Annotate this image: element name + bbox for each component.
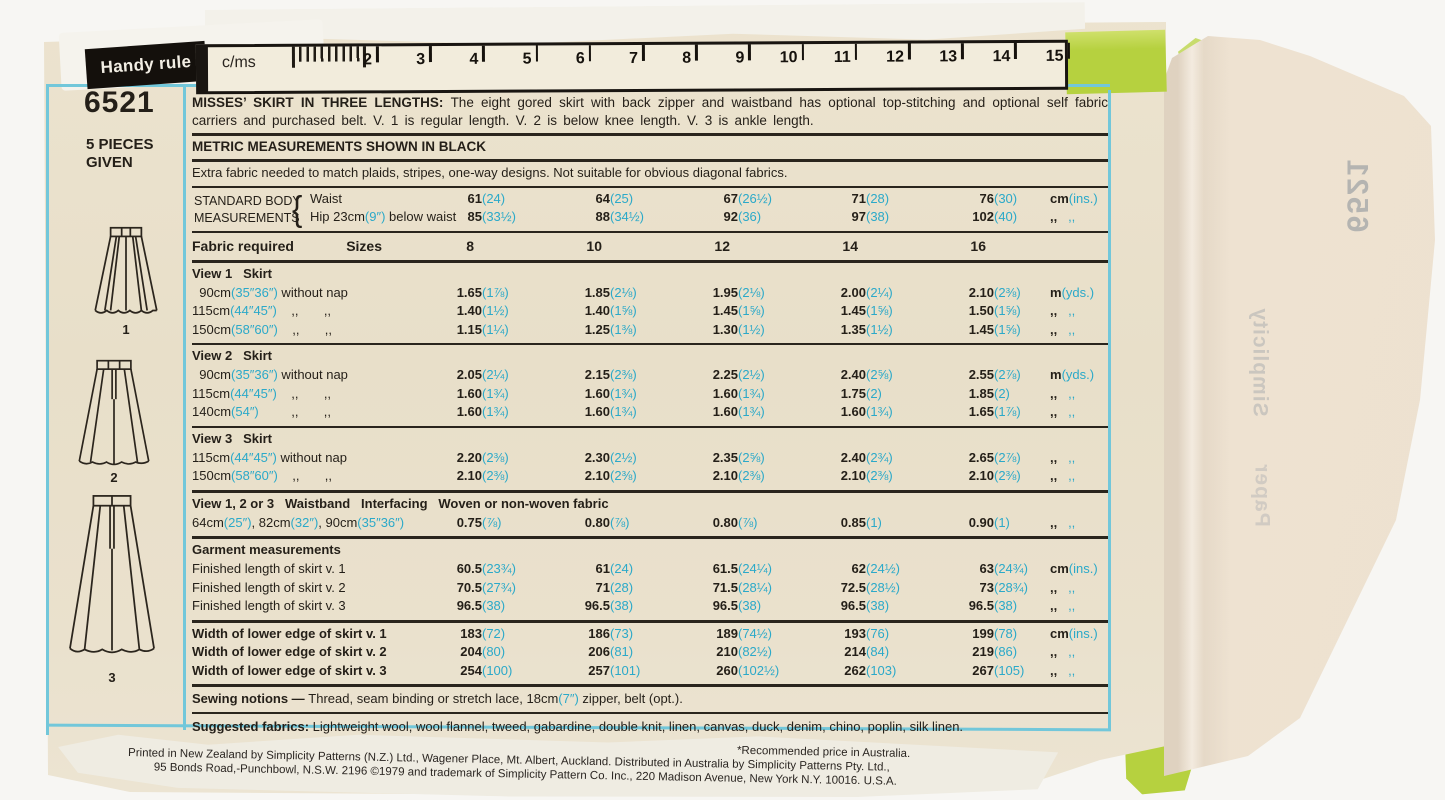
text-segment: (35″36″) bbox=[231, 285, 278, 300]
size-col-16: 16 bbox=[916, 237, 1044, 255]
value-cell: 2.65(2⅞) bbox=[916, 450, 1044, 467]
text-segment: 150cm bbox=[192, 322, 231, 337]
text-segment: (1¾) bbox=[482, 404, 532, 421]
text-segment: (2¾) bbox=[866, 450, 916, 467]
blue-border-right bbox=[1108, 90, 1111, 730]
text-segment: (100) bbox=[482, 663, 532, 680]
text-segment: (73) bbox=[610, 626, 660, 643]
skirt-view-1-illustration bbox=[84, 222, 168, 322]
size-col-12: 12 bbox=[660, 237, 788, 255]
ruler-number: 4 bbox=[440, 51, 478, 69]
value-cell: 71(28) bbox=[532, 580, 660, 597]
ruler-tick bbox=[961, 43, 964, 59]
text-segment: (1⅜) bbox=[610, 322, 660, 339]
text-segment: (2⅜) bbox=[482, 468, 532, 485]
text-segment: (28¾) bbox=[994, 580, 1044, 597]
text-segment: without nap bbox=[278, 367, 348, 382]
text-segment: (58″60″) bbox=[231, 468, 278, 483]
text-segment: (26½) bbox=[738, 191, 788, 208]
value-cell: 257(101) bbox=[532, 663, 660, 680]
value-cell: 1.45(1⅝) bbox=[660, 303, 788, 320]
text-segment: 102 bbox=[916, 209, 994, 226]
text-segment: Sewing notions — bbox=[192, 691, 308, 706]
value-cell: 1.40(1⅝) bbox=[532, 303, 660, 320]
value-cell: 62(24½) bbox=[788, 561, 916, 578]
ruler-tick bbox=[376, 46, 379, 62]
ruler-number: 9 bbox=[706, 49, 744, 67]
waistband-rows: 64cm(25″), 82cm(32″), 90cm(35″36″)0.75(⅞… bbox=[192, 515, 1108, 534]
text-segment: 214 bbox=[788, 644, 866, 661]
value-cell: 1.25(1⅜) bbox=[532, 322, 660, 339]
text-segment: (1½) bbox=[738, 322, 788, 339]
text-segment: View 2 Skirt bbox=[192, 348, 272, 363]
table-row: Waist61(24)64(25)67(26½)71(28)76(30)cm(i… bbox=[192, 191, 1108, 210]
scanned-pattern-envelope: 6521 Simplicity Paper Handy rule c/ms 23… bbox=[0, 0, 1445, 800]
text-segment: 0.80 bbox=[532, 515, 610, 532]
text-segment: 1.95 bbox=[660, 285, 738, 302]
text-segment: (2⅜) bbox=[738, 468, 788, 485]
value-cell: 71.5(28¼) bbox=[660, 580, 788, 597]
text-segment: , 90cm bbox=[318, 515, 357, 530]
text-segment: (1½) bbox=[866, 322, 916, 339]
text-segment: ,, bbox=[1057, 303, 1075, 318]
text-segment: 1.85 bbox=[916, 386, 994, 403]
text-segment: (72) bbox=[482, 626, 532, 643]
text-segment: ,, bbox=[1057, 515, 1075, 530]
text-segment: (58″60″) bbox=[231, 322, 278, 337]
text-segment: (yds.) bbox=[1062, 367, 1095, 382]
text-segment: (1⅝) bbox=[610, 303, 660, 320]
text-segment: (24¾) bbox=[994, 561, 1044, 578]
text-segment: (25) bbox=[610, 191, 660, 208]
text-segment: (24¼) bbox=[738, 561, 788, 578]
text-segment: View 3 Skirt bbox=[192, 431, 272, 446]
text-segment: 0.90 bbox=[916, 515, 994, 532]
text-segment: ,, ,, bbox=[277, 303, 331, 318]
text-segment: 2.25 bbox=[660, 367, 738, 384]
unit-cell: cm(ins.) bbox=[1044, 561, 1108, 578]
text-segment: 183 bbox=[404, 626, 482, 643]
text-segment: Width of lower edge of skirt v. 3 bbox=[192, 663, 387, 678]
text-segment: (1¾) bbox=[610, 386, 660, 403]
value-cell: 183(72) bbox=[404, 626, 532, 643]
text-segment: 1.45 bbox=[788, 303, 866, 320]
text-segment: (1¾) bbox=[738, 386, 788, 403]
view1-section: View 1 Skirt 90cm(35″36″) without nap1.6… bbox=[192, 263, 1108, 346]
value-cell: 73(28¾) bbox=[916, 580, 1044, 597]
text-segment: (81) bbox=[610, 644, 660, 661]
text-segment: 2.55 bbox=[916, 367, 994, 384]
unit-cell: ,, ,, bbox=[1044, 663, 1108, 680]
text-segment: 88 bbox=[532, 209, 610, 226]
view-number-2: 2 bbox=[70, 470, 158, 485]
waistband-section: View 1, 2 or 3 Waistband Interfacing Wov… bbox=[192, 493, 1108, 540]
value-cell: 1.30(1½) bbox=[660, 322, 788, 339]
value-cell: 2.15(2⅜) bbox=[532, 367, 660, 384]
value-cell: 1.60(1¾) bbox=[532, 386, 660, 403]
view3-rows: 115cm(44″45″) without nap2.20(2⅜)2.30(2½… bbox=[192, 450, 1108, 487]
ruler-number: 13 bbox=[919, 48, 957, 66]
text-segment: 2.00 bbox=[788, 285, 866, 302]
value-cell: 1.65(1⅞) bbox=[916, 404, 1044, 421]
text-segment: without nap bbox=[277, 450, 347, 465]
text-segment: 1.40 bbox=[404, 303, 482, 320]
text-segment: (38) bbox=[866, 598, 916, 615]
text-segment: (2⅜) bbox=[482, 450, 532, 467]
text-segment: (1¾) bbox=[482, 386, 532, 403]
table-row: 150cm(58″60″) ,, ,,1.15(1¼)1.25(1⅜)1.30(… bbox=[192, 322, 1108, 341]
text-segment: ,, ,, bbox=[277, 386, 331, 401]
text-segment: (1⅞) bbox=[994, 404, 1044, 421]
text-segment: (2) bbox=[866, 386, 916, 403]
unit-cell: ,, ,, bbox=[1044, 450, 1108, 467]
unit-cell: ,, ,, bbox=[1044, 209, 1108, 226]
text-segment: (2⅛) bbox=[738, 285, 788, 302]
text-segment: (⅞) bbox=[738, 515, 788, 532]
size-header-row: Fabric required Sizes 8 10 12 14 16 bbox=[192, 233, 1108, 263]
row-label: Width of lower edge of skirt v. 1 bbox=[192, 626, 404, 643]
ruler-number: 12 bbox=[866, 49, 904, 67]
text-segment: 76 bbox=[916, 191, 994, 208]
text-segment: 1.60 bbox=[660, 386, 738, 403]
text-segment: 1.15 bbox=[404, 322, 482, 339]
text-segment: (1⅝) bbox=[994, 303, 1044, 320]
text-segment: (2⅝) bbox=[866, 367, 916, 384]
view2-section: View 2 Skirt 90cm(35″36″) without nap2.0… bbox=[192, 345, 1108, 428]
intro-paragraph: MISSES’ SKIRT IN THREE LENGTHS: The eigh… bbox=[192, 92, 1108, 136]
row-label: Finished length of skirt v. 1 bbox=[192, 561, 404, 578]
sizes-label: Sizes bbox=[346, 237, 382, 255]
value-cell: 76(30) bbox=[916, 191, 1044, 208]
view1-rows: 90cm(35″36″) without nap1.65(1⅞)1.85(2⅛)… bbox=[192, 285, 1108, 341]
text-segment: 1.60 bbox=[532, 386, 610, 403]
text-segment: (102½) bbox=[738, 663, 788, 680]
text-segment: 96.5 bbox=[660, 598, 738, 615]
value-cell: 214(84) bbox=[788, 644, 916, 661]
showthrough-pattern-number: 6521 bbox=[1318, 140, 1394, 250]
text-segment: 2.10 bbox=[532, 468, 610, 485]
text-segment: 70.5 bbox=[404, 580, 482, 597]
unit-cell: ,, ,, bbox=[1044, 386, 1108, 403]
text-segment: (ins.) bbox=[1069, 191, 1098, 206]
value-cell: 186(73) bbox=[532, 626, 660, 643]
text-segment: m bbox=[1050, 285, 1062, 300]
text-segment: 0.75 bbox=[404, 515, 482, 532]
pieces-count: 5 PIECES bbox=[86, 136, 154, 154]
ruler-number: 8 bbox=[653, 50, 691, 68]
text-segment: Garment measurements bbox=[192, 542, 341, 557]
text-segment: 61 bbox=[532, 561, 610, 578]
text-segment: (78) bbox=[994, 626, 1044, 643]
value-cell: 1.65(1⅞) bbox=[404, 285, 532, 302]
ruler-tick bbox=[1014, 43, 1017, 59]
text-segment: (32″) bbox=[291, 515, 319, 530]
value-cell: 1.60(1¾) bbox=[660, 386, 788, 403]
text-segment: 1.65 bbox=[916, 404, 994, 421]
row-label: Width of lower edge of skirt v. 2 bbox=[192, 644, 404, 661]
text-segment: 1.75 bbox=[788, 386, 866, 403]
value-cell: 267(105) bbox=[916, 663, 1044, 680]
row-label: 115cm(44″45″) ,, ,, bbox=[192, 386, 404, 403]
text-segment: ,, bbox=[1057, 663, 1075, 678]
sewing-notions: Sewing notions — Thread, seam binding or… bbox=[192, 687, 1108, 714]
text-segment: 90cm bbox=[192, 285, 231, 300]
value-cell: 102(40) bbox=[916, 209, 1044, 226]
text-segment: 1.25 bbox=[532, 322, 610, 339]
text-segment: (38) bbox=[866, 209, 916, 226]
text-segment: Finished length of skirt v. 1 bbox=[192, 561, 346, 576]
value-cell: 1.40(1½) bbox=[404, 303, 532, 320]
unit-cell: ,, ,, bbox=[1044, 644, 1108, 661]
text-segment: (2½) bbox=[738, 367, 788, 384]
ruler-number: 2 bbox=[334, 51, 372, 69]
text-segment: 1.85 bbox=[532, 285, 610, 302]
value-cell: 64(25) bbox=[532, 191, 660, 208]
text-segment: 210 bbox=[660, 644, 738, 661]
text-segment: Finished length of skirt v. 3 bbox=[192, 598, 346, 613]
text-segment: (38) bbox=[738, 598, 788, 615]
text-segment: 63 bbox=[916, 561, 994, 578]
text-segment: Width of lower edge of skirt v. 2 bbox=[192, 644, 387, 659]
unit-cell: m(yds.) bbox=[1044, 367, 1108, 384]
measurement-chart: MISSES’ SKIRT IN THREE LENGTHS: The eigh… bbox=[192, 92, 1108, 741]
unit-cell: cm(ins.) bbox=[1044, 191, 1108, 208]
text-segment: 96.5 bbox=[532, 598, 610, 615]
value-cell: 2.00(2¼) bbox=[788, 285, 916, 302]
value-cell: 61.5(24¼) bbox=[660, 561, 788, 578]
text-segment: (2⅜) bbox=[610, 468, 660, 485]
text-segment: 96.5 bbox=[916, 598, 994, 615]
text-segment: (9″) bbox=[365, 209, 386, 224]
text-segment: 96.5 bbox=[788, 598, 866, 615]
blue-border-sidebar-divider bbox=[183, 86, 186, 730]
text-segment: View 1, 2 or 3 Waistband Interfacing bbox=[192, 496, 428, 511]
text-segment: (24) bbox=[610, 561, 660, 578]
text-segment: (1⅝) bbox=[866, 303, 916, 320]
text-segment: ,, ,, bbox=[259, 404, 331, 419]
unit-cell: cm(ins.) bbox=[1044, 626, 1108, 643]
text-segment: 1.60 bbox=[788, 404, 866, 421]
text-segment: (27¾) bbox=[482, 580, 532, 597]
value-cell: 96.5(38) bbox=[916, 598, 1044, 615]
table-row: Finished length of skirt v. 160.5(23¾)61… bbox=[192, 561, 1108, 580]
text-segment: (1¾) bbox=[738, 404, 788, 421]
ruler-scale: c/ms 23456789101112131415 bbox=[208, 43, 1065, 91]
text-segment: 85 bbox=[404, 209, 482, 226]
text-segment: 199 bbox=[916, 626, 994, 643]
text-segment: ,, bbox=[1057, 598, 1075, 613]
text-segment: zipper, belt (opt.). bbox=[579, 691, 683, 706]
text-segment: (1⅝) bbox=[994, 322, 1044, 339]
row-label: 150cm(58″60″) ,, ,, bbox=[192, 468, 404, 485]
text-segment: (28½) bbox=[866, 580, 916, 597]
text-segment: Lightweight wool, wool flannel, tweed, g… bbox=[313, 719, 963, 734]
text-segment: ,, bbox=[1057, 580, 1075, 595]
text-segment: 0.80 bbox=[660, 515, 738, 532]
text-segment: (2⅞) bbox=[994, 450, 1044, 467]
ruler-tick bbox=[908, 44, 911, 60]
text-segment: 0.85 bbox=[788, 515, 866, 532]
standard-body-line2: MEASUREMENTS bbox=[194, 210, 301, 228]
text-segment: Finished length of skirt v. 2 bbox=[192, 580, 346, 595]
size-col-14: 14 bbox=[788, 237, 916, 255]
text-segment: 1.45 bbox=[916, 322, 994, 339]
text-segment: 2.30 bbox=[532, 450, 610, 467]
text-segment: (1¾) bbox=[866, 404, 916, 421]
text-segment: (76) bbox=[866, 626, 916, 643]
ruler-number: 10 bbox=[760, 49, 798, 67]
fabric-note: Extra fabric needed to match plaids, str… bbox=[192, 162, 1108, 188]
handy-rule-label: Handy rule bbox=[85, 41, 207, 89]
view-number-1: 1 bbox=[84, 322, 168, 337]
ruler-tick bbox=[642, 45, 645, 61]
ruler-tick bbox=[1067, 43, 1070, 59]
text-segment: (1⅝) bbox=[738, 303, 788, 320]
size-header-label: Fabric required Sizes bbox=[192, 237, 404, 255]
text-segment: (44″45″) bbox=[230, 303, 277, 318]
text-segment: 2.40 bbox=[788, 450, 866, 467]
ruler-tick bbox=[589, 45, 592, 61]
text-segment: 257 bbox=[532, 663, 610, 680]
row-label: Finished length of skirt v. 2 bbox=[192, 580, 404, 597]
unit-cell: ,, ,, bbox=[1044, 598, 1108, 615]
value-cell: 67(26½) bbox=[660, 191, 788, 208]
ruler-number: 6 bbox=[547, 50, 585, 68]
text-segment: 1.45 bbox=[660, 303, 738, 320]
text-segment: , 82cm bbox=[252, 515, 291, 530]
text-segment: (1) bbox=[994, 515, 1044, 532]
row-label: 90cm(35″36″) without nap bbox=[192, 367, 404, 384]
brace-glyph: { bbox=[292, 186, 302, 232]
text-segment: (54″) bbox=[231, 404, 259, 419]
text-segment: ,, bbox=[1057, 468, 1075, 483]
text-segment: 219 bbox=[916, 644, 994, 661]
text-segment: 115cm bbox=[192, 303, 230, 318]
text-segment: Suggested fabrics: bbox=[192, 719, 313, 734]
value-cell: 63(24¾) bbox=[916, 561, 1044, 578]
value-cell: 1.45(1⅝) bbox=[916, 322, 1044, 339]
text-segment: cm bbox=[1050, 561, 1069, 576]
view1-heading: View 1 Skirt bbox=[192, 266, 1108, 285]
text-segment: 2.05 bbox=[404, 367, 482, 384]
value-cell: 0.80(⅞) bbox=[532, 515, 660, 532]
row-label: Width of lower edge of skirt v. 3 bbox=[192, 663, 404, 680]
value-cell: 96.5(38) bbox=[532, 598, 660, 615]
value-cell: 96.5(38) bbox=[404, 598, 532, 615]
text-segment: 71 bbox=[532, 580, 610, 597]
text-segment: (28) bbox=[866, 191, 916, 208]
table-row: 90cm(35″36″) without nap1.65(1⅞)1.85(2⅛)… bbox=[192, 285, 1108, 304]
text-segment: (36) bbox=[738, 209, 788, 226]
text-segment: 115cm bbox=[192, 386, 230, 401]
table-row: 115cm(44″45″) ,, ,,1.40(1½)1.40(1⅝)1.45(… bbox=[192, 303, 1108, 322]
text-segment: 1.65 bbox=[404, 285, 482, 302]
garment-heading: Garment measurements bbox=[192, 542, 1108, 561]
width-rows: Width of lower edge of skirt v. 1183(72)… bbox=[192, 626, 1108, 682]
value-cell: 262(103) bbox=[788, 663, 916, 680]
text-segment: (86) bbox=[994, 644, 1044, 661]
text-segment: (24) bbox=[482, 191, 532, 208]
text-segment: 186 bbox=[532, 626, 610, 643]
value-cell: 61(24) bbox=[532, 561, 660, 578]
text-segment: Woven or non-woven fabric bbox=[428, 496, 609, 511]
showthrough-brand-text-2: Paper bbox=[1238, 420, 1286, 570]
text-segment: (84) bbox=[866, 644, 916, 661]
text-segment: (2¼) bbox=[866, 285, 916, 302]
text-segment: 2.20 bbox=[404, 450, 482, 467]
text-segment: cm bbox=[1050, 191, 1069, 206]
text-segment: (105) bbox=[994, 663, 1044, 680]
view3-heading: View 3 Skirt bbox=[192, 431, 1108, 450]
row-label: 150cm(58″60″) ,, ,, bbox=[192, 322, 404, 339]
text-segment: (1) bbox=[866, 515, 916, 532]
skirt-view-3-illustration bbox=[64, 492, 160, 668]
text-segment: 150cm bbox=[192, 468, 231, 483]
size-col-10: 10 bbox=[532, 237, 660, 255]
text-segment: 2.10 bbox=[788, 468, 866, 485]
table-row: 64cm(25″), 82cm(32″), 90cm(35″36″)0.75(⅞… bbox=[192, 515, 1108, 534]
value-cell: 193(76) bbox=[788, 626, 916, 643]
text-segment: (ins.) bbox=[1069, 626, 1098, 641]
text-segment: 2.10 bbox=[404, 468, 482, 485]
text-segment: 193 bbox=[788, 626, 866, 643]
table-row: Width of lower edge of skirt v. 2204(80)… bbox=[192, 644, 1108, 663]
value-cell: 92(36) bbox=[660, 209, 788, 226]
text-segment: ,, bbox=[1057, 322, 1075, 337]
value-cell: 1.95(2⅛) bbox=[660, 285, 788, 302]
text-segment: 267 bbox=[916, 663, 994, 680]
text-segment: (2⅜) bbox=[866, 468, 916, 485]
text-segment: 140cm bbox=[192, 404, 231, 419]
text-segment: Hip 23cm bbox=[310, 209, 365, 224]
standard-body-label: STANDARD BODY MEASUREMENTS bbox=[194, 193, 301, 228]
text-segment: (80) bbox=[482, 644, 532, 661]
text-segment: (38) bbox=[482, 598, 532, 615]
value-cell: 1.35(1½) bbox=[788, 322, 916, 339]
value-cell: 1.45(1⅝) bbox=[788, 303, 916, 320]
text-segment: 60.5 bbox=[404, 561, 482, 578]
row-label: 64cm(25″), 82cm(32″), 90cm(35″36″) bbox=[192, 515, 404, 532]
text-segment: (yds.) bbox=[1062, 285, 1095, 300]
text-segment: (23¾) bbox=[482, 561, 532, 578]
text-segment: (2⅜) bbox=[994, 468, 1044, 485]
text-segment: (35″36″) bbox=[357, 515, 404, 530]
value-cell: 2.20(2⅜) bbox=[404, 450, 532, 467]
text-segment: (24½) bbox=[866, 561, 916, 578]
value-cell: 2.10(2⅜) bbox=[532, 468, 660, 485]
text-segment: (1¾) bbox=[610, 404, 660, 421]
value-cell: 219(86) bbox=[916, 644, 1044, 661]
text-segment: (44″45″) bbox=[230, 450, 277, 465]
text-segment: (1½) bbox=[482, 303, 532, 320]
text-segment: (28) bbox=[610, 580, 660, 597]
view-number-3: 3 bbox=[64, 670, 160, 685]
value-cell: 2.10(2⅜) bbox=[916, 285, 1044, 302]
ruler-number: 5 bbox=[494, 51, 532, 69]
text-segment: (30) bbox=[994, 191, 1044, 208]
text-segment: 115cm bbox=[192, 450, 230, 465]
value-cell: 1.15(1¼) bbox=[404, 322, 532, 339]
text-segment: (25″) bbox=[224, 515, 252, 530]
ruler: c/ms 23456789101112131415 bbox=[196, 40, 1068, 95]
text-segment: 64 bbox=[532, 191, 610, 208]
text-segment: 2.35 bbox=[660, 450, 738, 467]
value-cell: 88(34½) bbox=[532, 209, 660, 226]
view2-heading: View 2 Skirt bbox=[192, 348, 1108, 367]
ruler-tick bbox=[429, 46, 432, 62]
value-cell: 0.85(1) bbox=[788, 515, 916, 532]
value-cell: 96.5(38) bbox=[788, 598, 916, 615]
